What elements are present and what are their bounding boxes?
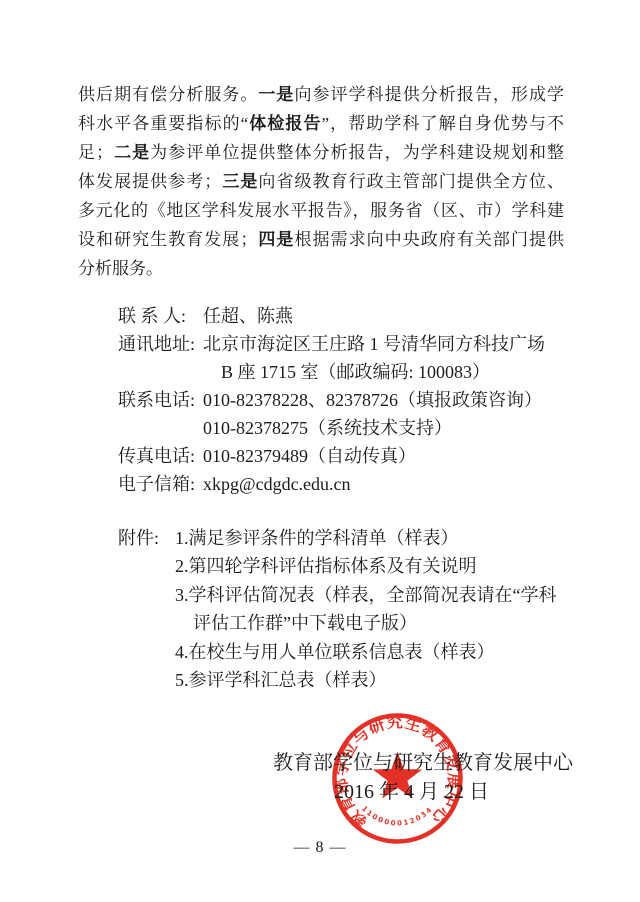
contact-value: 任超、陈燕 bbox=[203, 302, 293, 330]
contact-label: 通讯地址: bbox=[118, 330, 203, 358]
attachment-item: 评估工作群”中下载电子版） bbox=[175, 609, 557, 637]
contact-label: 联 系 人: bbox=[118, 302, 203, 330]
attachments-label: 附件: bbox=[118, 524, 159, 552]
contact-block: 联 系 人:任超、陈燕通讯地址:北京市海淀区王庄路 1 号清华同方科技广场B 座… bbox=[118, 302, 545, 498]
attachments-list: 1.满足参评条件的学科清单（样表）2.第四轮学科评估指标体系及有关说明3.学科评… bbox=[175, 524, 557, 694]
contact-label: 电子信箱: bbox=[118, 470, 203, 498]
attachment-item: 4.在校生与用人单位联系信息表（样表） bbox=[175, 638, 557, 666]
attachment-item: 1.满足参评条件的学科清单（样表） bbox=[175, 524, 557, 552]
contact-label bbox=[118, 414, 203, 442]
body-line: 设和研究生教育发展；四是根据需求向中央政府有关部门提供 bbox=[78, 225, 564, 254]
body-paragraph: 供后期有偿分析服务。一是向参评学科提供分析报告，形成学科水平各重要指标的“体检报… bbox=[78, 80, 564, 283]
contact-row: 传真电话:010-82379489（自动传真） bbox=[118, 442, 545, 470]
body-line: 科水平各重要指标的“体检报告”，帮助学科了解自身优势与不 bbox=[78, 109, 564, 138]
contact-row: 通讯地址:北京市海淀区王庄路 1 号清华同方科技广场 bbox=[118, 330, 545, 358]
contact-value: 010-82379489（自动传真） bbox=[203, 442, 416, 470]
contact-label bbox=[118, 358, 203, 386]
attachment-item: 5.参评学科汇总表（样表） bbox=[175, 666, 557, 694]
contact-value: 010-82378275（系统技术支持） bbox=[203, 414, 452, 442]
attachment-item: 2.第四轮学科评估指标体系及有关说明 bbox=[175, 552, 557, 580]
contact-value: B 座 1715 室（邮政编码: 100083） bbox=[203, 358, 490, 386]
body-line: 分析服务。 bbox=[78, 254, 564, 283]
contact-row: 电子信箱:xkpg@cdgdc.edu.cn bbox=[118, 470, 545, 498]
contact-label: 联系电话: bbox=[118, 386, 203, 414]
body-line: 供后期有偿分析服务。一是向参评学科提供分析报告，形成学 bbox=[78, 80, 564, 109]
contact-value: 北京市海淀区王庄路 1 号清华同方科技广场 bbox=[203, 330, 545, 358]
official-seal-icon: 教育部学位与研究生教育发展中心 1100000120340 bbox=[330, 711, 465, 846]
contact-row: 010-82378275（系统技术支持） bbox=[118, 414, 545, 442]
contact-value: 010-82378228、82378726（填报政策咨询） bbox=[203, 386, 542, 414]
document-page: 供后期有偿分析服务。一是向参评学科提供分析报告，形成学科水平各重要指标的“体检报… bbox=[0, 0, 640, 902]
contact-value: xkpg@cdgdc.edu.cn bbox=[203, 470, 351, 498]
contact-row: B 座 1715 室（邮政编码: 100083） bbox=[118, 358, 545, 386]
signature-organization: 教育部学位与研究生教育发展中心 bbox=[273, 751, 573, 775]
attachment-item: 3.学科评估简况表（样表，全部简况表请在“学科 bbox=[175, 581, 557, 609]
contact-row: 联系电话:010-82378228、82378726（填报政策咨询） bbox=[118, 386, 545, 414]
body-line: 多元化的《地区学科发展水平报告》，服务省（区、市）学科建 bbox=[78, 196, 564, 225]
page-number: — 8 — bbox=[0, 839, 640, 857]
body-line: 体发展提供参考；三是向省级教育行政主管部门提供全方位、 bbox=[78, 167, 564, 196]
contact-row: 联 系 人:任超、陈燕 bbox=[118, 302, 545, 330]
signature-date: 2016 年 4 月 22 日 bbox=[334, 780, 489, 804]
contact-label: 传真电话: bbox=[118, 442, 203, 470]
body-line: 足；二是为参评单位提供整体分析报告，为学科建设规划和整 bbox=[78, 138, 564, 167]
